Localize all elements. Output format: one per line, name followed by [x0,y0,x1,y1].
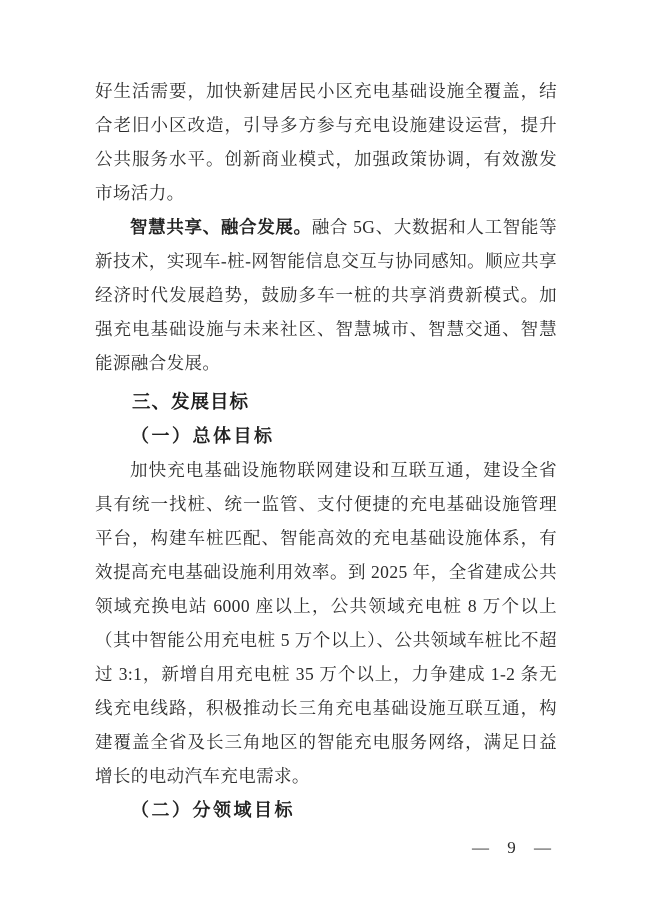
document-page: 好生活需要，加快新建居民小区充电基础设施全覆盖，结合老旧小区改造，引导多方参与充… [0,0,650,919]
paragraph-smart-sharing: 智慧共享、融合发展。融合 5G、大数据和人工智能等新技术，实现车-桩-网智能信息… [95,210,557,380]
paragraph-bold-lead: 智慧共享、融合发展。 [130,217,312,237]
paragraph-smart-sharing-text: 融合 5G、大数据和人工智能等新技术，实现车-桩-网智能信息交互与协同感知。顺应… [95,217,557,373]
paragraph-continuation: 好生活需要，加快新建居民小区充电基础设施全覆盖，结合老旧小区改造，引导多方参与充… [95,74,557,210]
paragraph-overall-goals: 加快充电基础设施物联网建设和互联互通，建设全省具有统一找桩、统一监管、支付便捷的… [95,453,557,793]
sub-heading-sector-goals: （二）分领域目标 [95,793,557,827]
sub-heading-overall-goals: （一）总体目标 [95,419,557,453]
document-body: 好生活需要，加快新建居民小区充电基础设施全覆盖，结合老旧小区改造，引导多方参与充… [95,74,557,827]
section-heading-development-goals: 三、发展目标 [95,385,557,419]
page-number: — 9 — [472,838,553,858]
